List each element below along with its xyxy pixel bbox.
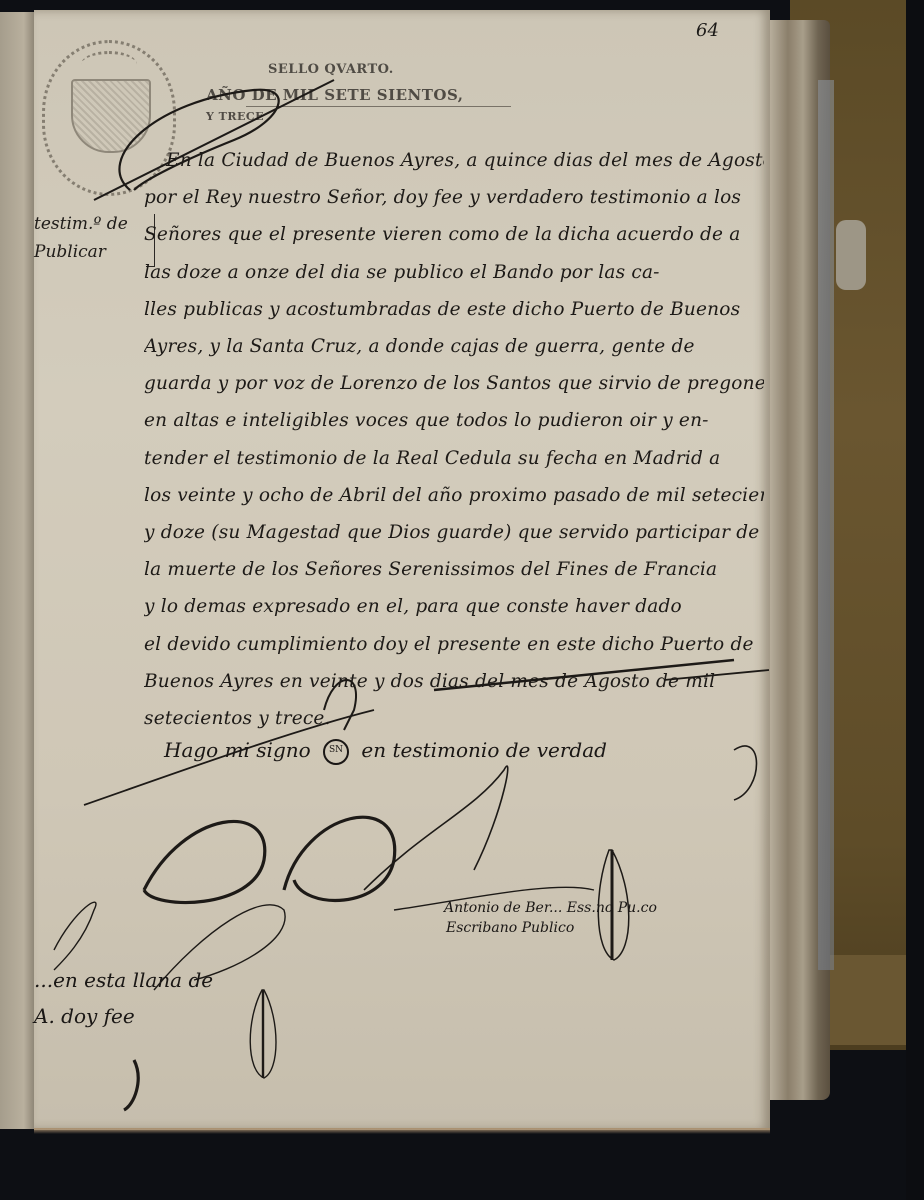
- stamp-rule: [246, 106, 511, 107]
- manuscript-line: por el Rey nuestro Señor, doy fee y verd…: [144, 179, 764, 216]
- previous-leaf-edge: [0, 12, 36, 1129]
- notary-signoff: Hago mi signo SN en testimonio de verdad: [164, 738, 607, 765]
- manuscript-line: el devido cumplimiento doy el presente e…: [144, 626, 764, 663]
- notary-signature-line: Escribano Publico: [446, 918, 574, 938]
- margin-note-line: Publicar: [34, 238, 149, 266]
- manuscript-line: la muerte de los Señores Serenissimos de…: [144, 551, 764, 588]
- dark-background-edge: [906, 0, 924, 1200]
- manuscript-body: En la Ciudad de Buenos Ayres, a quince d…: [144, 142, 764, 737]
- signoff-text: Hago mi signo: [164, 738, 311, 762]
- stamp-line-1: SELLO QVARTO.: [268, 62, 394, 77]
- notary-signature-line: Antonio de Ber... Ess.no Pu.co: [444, 898, 657, 918]
- manuscript-line: y doze (su Magestad que Dios guarde) que…: [144, 514, 764, 551]
- cardboard-flap: [828, 955, 918, 1045]
- margin-note: testim.º de Publicar: [34, 210, 149, 266]
- lower-attestation-line: A. doy fee: [34, 998, 213, 1034]
- manuscript-line: guarda y por voz de Lorenzo de los Santo…: [144, 365, 764, 402]
- manuscript-line: en altas e inteligibles voces que todos …: [144, 402, 764, 439]
- shield-icon: [71, 79, 151, 153]
- page-edge-shadow: [818, 80, 834, 970]
- stamp-line-3: Y TRECE: [206, 110, 264, 123]
- manuscript-line: Buenos Ayres en veinte y dos dias del me…: [144, 663, 764, 700]
- manuscript-line: lles publicas y acostumbradas de este di…: [144, 291, 764, 328]
- folio-number: 64: [696, 20, 719, 41]
- torn-paper-tab: [836, 220, 866, 290]
- manuscript-line: las doze a onze del dia se publico el Ba…: [144, 254, 764, 291]
- notary-sign-mark-icon: SN: [323, 739, 349, 765]
- manuscript-line: En la Ciudad de Buenos Ayres, a quince d…: [144, 142, 764, 179]
- lower-attestation-line: ...en esta llana de: [34, 962, 213, 998]
- manuscript-line: Ayres, y la Santa Cruz, a donde cajas de…: [144, 328, 764, 365]
- manuscript-line: Señores que el presente vieren como de l…: [144, 216, 764, 253]
- lower-attestation: ...en esta llana de A. doy fee: [34, 962, 213, 1034]
- manuscript-line: los veinte y ocho de Abril del año proxi…: [144, 477, 764, 514]
- manuscript-page: SELLO QVARTO. AÑO DE MIL SETE SIENTOS, Y…: [34, 10, 770, 1130]
- signoff-text: en testimonio de verdad: [361, 738, 607, 762]
- manuscript-line: tender el testimonio de la Real Cedula s…: [144, 440, 764, 477]
- stamp-line-2: AÑO DE MIL SETE SIENTOS,: [206, 86, 464, 104]
- manuscript-line: y lo demas expresado en el, para que con…: [144, 588, 764, 625]
- crown-icon: [81, 51, 137, 78]
- page-bottom-edge: [34, 1128, 770, 1134]
- manuscript-line: setecientos y trece.: [144, 700, 764, 737]
- margin-note-line: testim.º de: [34, 210, 149, 238]
